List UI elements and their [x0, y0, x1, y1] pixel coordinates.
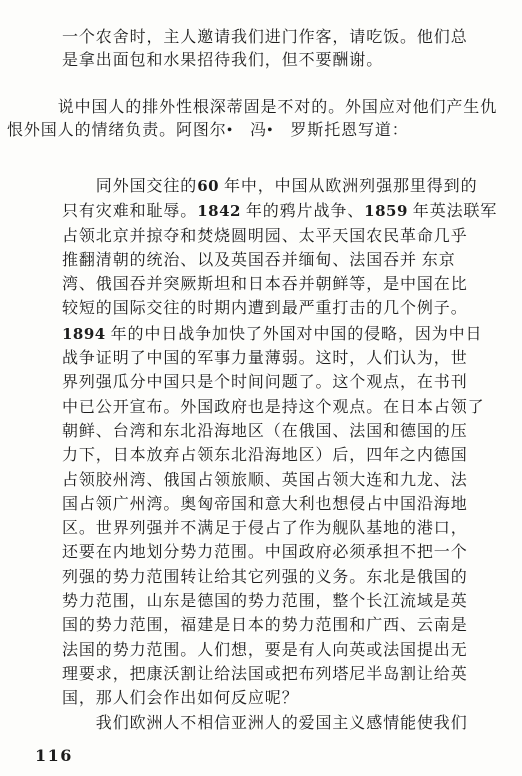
text-line: 法国的势力范围。人们想，要是有人向英或法国提出无 — [62, 639, 507, 663]
rosthorn-quotation-block: 同外国交往的60 年中，中国从欧洲列强那里得到的只有灾难和耻辱。1842 年的鸦… — [62, 174, 507, 736]
bold-numeral: 1894 — [62, 325, 106, 343]
page-number: 116 — [35, 746, 73, 765]
bold-numeral: 60 — [197, 177, 219, 195]
book-page: 一个农舍时，主人邀请我们进门作客，请吃饭。他们总是拿出面包和水果招待我们，但不要… — [0, 0, 522, 776]
narrative-paragraph: 说中国人的排外性根深蒂固是不对的。外国应对他们产生仇恨外国人的情绪负责。阿图尔•… — [7, 96, 507, 142]
text-line: 1894 年的中日战争加快了外国对中国的侵略，因为中日 — [62, 322, 507, 347]
text-line: 战争证明了中国的军事力量薄弱。这时，人们认为，世 — [62, 347, 507, 371]
text-line: 湾、俄国吞并突厥斯坦和日本吞并朝鲜等，是中国在比 — [62, 273, 507, 297]
text-line: 中已公开宣布。外国政府也是持这个观点。在日本占领了 — [62, 396, 507, 420]
text-line: 国，那人们会作出如何反应呢？ — [62, 687, 507, 711]
text-line: 推翻清朝的统治、以及英国吞并缅甸、法国吞并 东京 — [62, 249, 507, 273]
quote-continuation-block: 一个农舍时，主人邀请我们进门作客，请吃饭。他们总是拿出面包和水果招待我们，但不要… — [62, 26, 502, 72]
text-line: 一个农舍时，主人邀请我们进门作客，请吃饭。他们总 — [62, 26, 502, 49]
text-line: 较短的国际交往的时期内遭到最严重打击的几个例子。 — [62, 297, 507, 321]
text-line: 还要在内地划分势力范围。中国政府必须承担不把一个 — [62, 541, 507, 565]
text-line: 说中国人的排外性根深蒂固是不对的。外国应对他们产生仇 — [7, 96, 507, 119]
text-line: 只有灾难和耻辱。1842 年的鸦片战争、1859 年英法联军 — [62, 199, 507, 224]
text-line: 理要求，把康沃割让给法国或把布列塔尼半岛割让给英 — [62, 663, 507, 687]
text-line: 国占领广州湾。奥匈帝国和意大利也想侵占中国沿海地 — [62, 493, 507, 517]
text-line: 是拿出面包和水果招待我们，但不要酬谢。 — [62, 49, 502, 72]
text-line: 界列强瓜分中国只是个时间问题了。这个观点，在书刊 — [62, 371, 507, 395]
text-line: 同外国交往的60 年中，中国从欧洲列强那里得到的 — [62, 174, 507, 199]
text-line: 我们欧洲人不相信亚洲人的爱国主义感情能使我们 — [62, 712, 507, 736]
text-line: 国的势力范围，福建是日本的势力范围和广西、云南是 — [62, 614, 507, 638]
bold-numeral: 1842 — [197, 202, 241, 220]
bold-numeral: 1859 — [364, 202, 408, 220]
text-line: 区。世界列强并不满足于侵占了作为舰队基地的港口， — [62, 517, 507, 541]
text-line: 占领北京并掠夺和焚烧圆明园、太平天国农民革命几乎 — [62, 225, 507, 249]
text-line: 力下，日本放弃占领东北沿海地区）后，四年之内德国 — [62, 444, 507, 468]
text-line: 朝鲜、台湾和东北沿海地区（在俄国、法国和德国的压 — [62, 420, 507, 444]
text-line: 列强的势力范围转让给其它列强的义务。东北是俄国的 — [62, 566, 507, 590]
text-line: 恨外国人的情绪负责。阿图尔• 冯• 罗斯托恩写道： — [7, 119, 507, 142]
text-line: 势力范围，山东是德国的势力范围，整个长江流域是英 — [62, 590, 507, 614]
text-line: 占领胶州湾、俄国占领旅顺、英国占领大连和九龙、法 — [62, 469, 507, 493]
